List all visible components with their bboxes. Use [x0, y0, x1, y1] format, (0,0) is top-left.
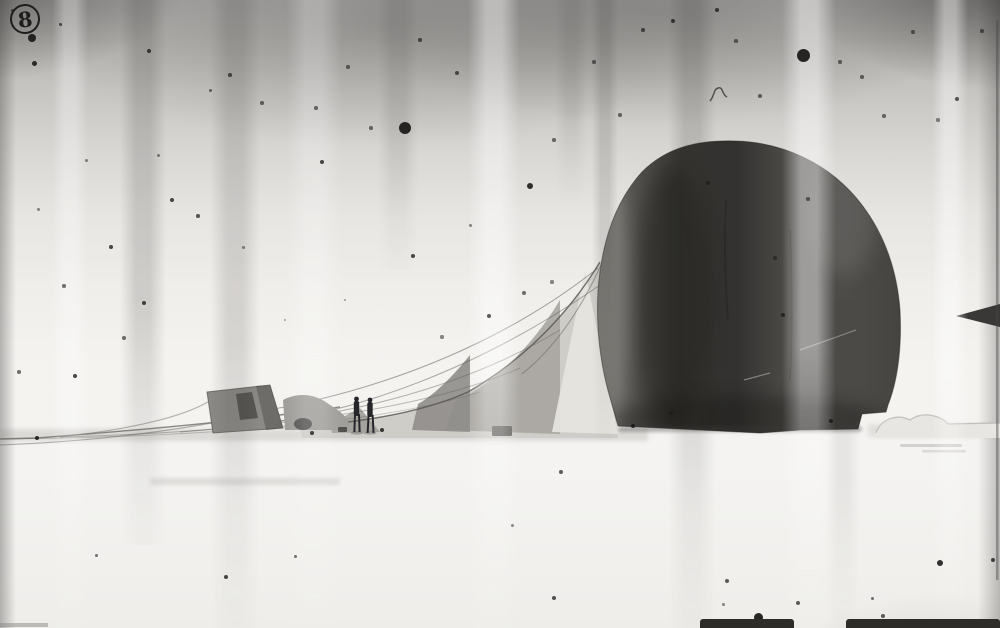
balloon-base-shadow — [618, 426, 862, 432]
wreck-dark-blob — [294, 418, 312, 430]
hair-squiggle-mark — [710, 88, 727, 101]
balloon-envelope — [598, 141, 901, 444]
scene-canvas — [0, 0, 1000, 628]
balloon-bottom-shade — [615, 396, 885, 444]
wreck-jumble — [283, 395, 349, 430]
film-border-strip — [700, 619, 794, 628]
figure-body — [354, 401, 359, 416]
balloon-dark-band — [634, 165, 710, 435]
envelope-drape — [300, 238, 618, 438]
ground-debris-box — [492, 426, 512, 436]
figure-shadow — [351, 431, 364, 434]
ice-blocks — [876, 415, 1000, 453]
wreck-debris — [338, 427, 347, 432]
figure-head — [354, 397, 359, 402]
balloon-top-highlight — [813, 153, 877, 277]
ice-smudge — [922, 450, 966, 453]
snow-track-smudge — [150, 478, 340, 485]
figure-body — [367, 402, 372, 417]
figure-head — [368, 398, 373, 403]
plate-number-label: 8 — [16, 6, 33, 32]
figure-shadow — [364, 431, 377, 434]
film-edge-line — [996, 20, 999, 580]
ice-block-shape — [876, 415, 1000, 438]
distant-object-wedge — [956, 304, 1000, 327]
film-edge-bottom-left — [0, 623, 48, 627]
drape-panel-dark — [412, 355, 470, 432]
photograph: 8 — [0, 0, 1000, 628]
film-border-strip — [846, 619, 1000, 628]
ice-smudge — [900, 444, 962, 447]
